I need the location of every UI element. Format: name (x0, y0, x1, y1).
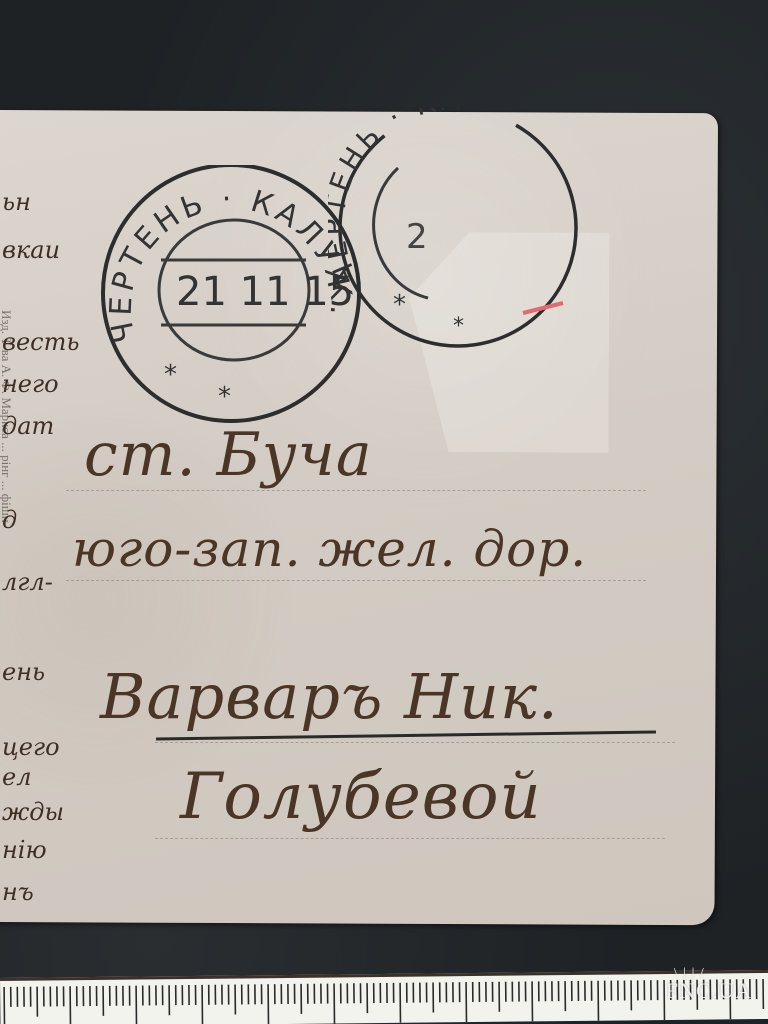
address-line-railway: юго-зап. жел. дор. (72, 520, 587, 578)
sunburst-icon: \ | | / (674, 966, 705, 982)
postmark-1-star: * (218, 382, 231, 412)
address-line-guide (66, 490, 646, 491)
message-fragment: жды (2, 800, 64, 824)
postmark-2-date: 2 (406, 217, 428, 257)
message-fragment: ьн (2, 190, 31, 214)
message-fragment: весть (2, 330, 79, 354)
message-fragment: д (2, 508, 17, 532)
postmark-2-star: * (393, 290, 406, 320)
watermark: \ | | / FNC.UA (666, 978, 752, 1004)
postmark-2-star: * (453, 314, 464, 339)
address-line-guide (155, 838, 665, 839)
message-fragment: цего (2, 735, 60, 759)
postmark-2: ЧЕРТЕНЬ · КА 2 * * (328, 108, 588, 362)
address-line-recipient-name: Варваръ Ник. (100, 660, 559, 733)
message-fragment: нiю (2, 838, 47, 862)
message-fragment: ень (2, 660, 45, 684)
message-fragment: вкаи (2, 238, 60, 262)
postmark-1: ЧЕРТЕНЬ · КАЛУЖ. 21 11 15 * * (96, 165, 366, 429)
message-fragment: дат (2, 414, 54, 438)
svg-text:ЧЕРТЕНЬ · КА: ЧЕРТЕНЬ · КА (328, 108, 465, 289)
message-fragment: ел (2, 765, 31, 789)
measuring-ruler (0, 970, 768, 1024)
address-line-guide (66, 580, 646, 581)
message-fragment: нъ (2, 880, 34, 904)
message-fragment: него (2, 372, 59, 396)
message-fragment: лгл- (2, 570, 53, 594)
ruler-ticks (0, 973, 768, 1024)
address-line-recipient-surname: Голубевой (180, 760, 542, 834)
postmark-2-town: ЧЕРТЕНЬ · КА (328, 108, 465, 289)
address-line-guide (155, 742, 675, 743)
postmark-1-star: * (164, 360, 177, 390)
address-line-station: ст. Буча (84, 420, 373, 490)
svg-text:ЧЕРТЕНЬ · КАЛУЖ.: ЧЕРТЕНЬ · КАЛУЖ. (104, 182, 359, 346)
postmark-1-town: ЧЕРТЕНЬ · КАЛУЖ. (104, 182, 359, 346)
